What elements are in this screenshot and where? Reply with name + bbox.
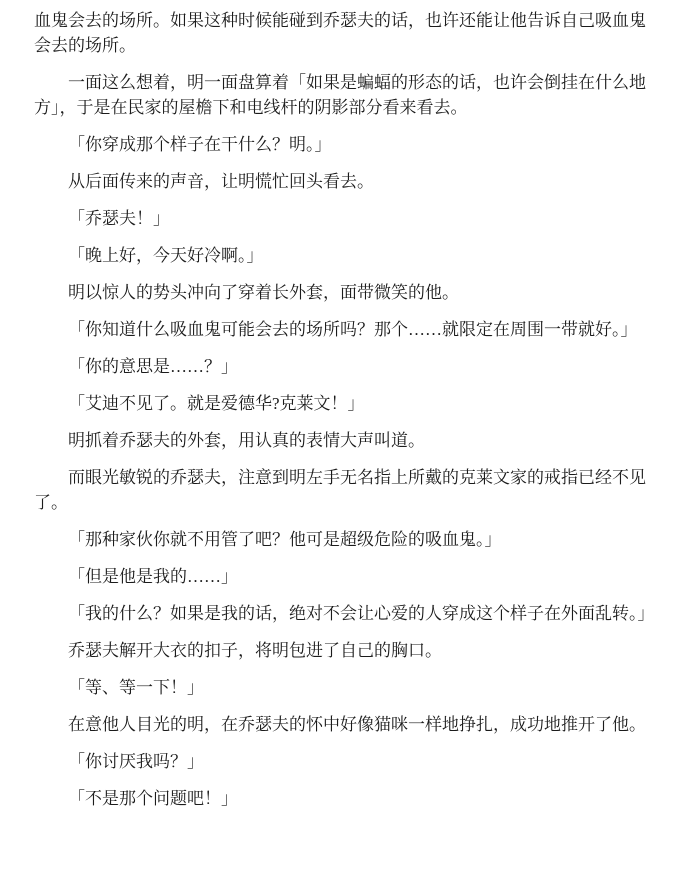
paragraph: 明以惊人的势头冲向了穿着长外套，面带微笑的他。 xyxy=(34,280,646,305)
text-body: 血鬼会去的场所。如果这种时候能碰到乔瑟夫的话，也许还能让他告诉自己吸血鬼会去的场… xyxy=(34,8,646,811)
paragraph: 「不是那个问题吧！」 xyxy=(34,786,646,811)
paragraph: 在意他人目光的明，在乔瑟夫的怀中好像猫咪一样地挣扎，成功地推开了他。 xyxy=(34,712,646,737)
paragraph: 「你的意思是……？」 xyxy=(34,354,646,379)
paragraph: 「乔瑟夫！」 xyxy=(34,206,646,231)
paragraph: 「但是他是我的……」 xyxy=(34,564,646,589)
paragraph: 而眼光敏锐的乔瑟夫，注意到明左手无名指上所戴的克莱文家的戒指已经不见了。 xyxy=(34,465,646,515)
paragraph: 乔瑟夫解开大衣的扣子，将明包进了自己的胸口。 xyxy=(34,638,646,663)
paragraph: 明抓着乔瑟夫的外套，用认真的表情大声叫道。 xyxy=(34,428,646,453)
paragraph: 「你讨厌我吗？」 xyxy=(34,749,646,774)
paragraph: 一面这么想着，明一面盘算着「如果是蝙蝠的形态的话，也许会倒挂在什么地方」，于是在… xyxy=(34,70,646,120)
paragraph: 「等、等一下！」 xyxy=(34,675,646,700)
paragraph: 「晚上好，今天好冷啊。」 xyxy=(34,243,646,268)
paragraph: 「你穿成那个样子在干什么？明。」 xyxy=(34,132,646,157)
paragraph: 「我的什么？如果是我的话，绝对不会让心爱的人穿成这个样子在外面乱转。」 xyxy=(34,601,646,626)
paragraph: 「艾迪不见了。就是爱德华?克莱文！」 xyxy=(34,391,646,416)
novel-page: 血鬼会去的场所。如果这种时候能碰到乔瑟夫的话，也许还能让他告诉自己吸血鬼会去的场… xyxy=(0,0,680,880)
paragraph: 「你知道什么吸血鬼可能会去的场所吗？那个……就限定在周围一带就好。」 xyxy=(34,317,646,342)
paragraph: 血鬼会去的场所。如果这种时候能碰到乔瑟夫的话，也许还能让他告诉自己吸血鬼会去的场… xyxy=(34,8,646,58)
paragraph: 「那种家伙你就不用管了吧？他可是超级危险的吸血鬼。」 xyxy=(34,527,646,552)
paragraph: 从后面传来的声音，让明慌忙回头看去。 xyxy=(34,169,646,194)
